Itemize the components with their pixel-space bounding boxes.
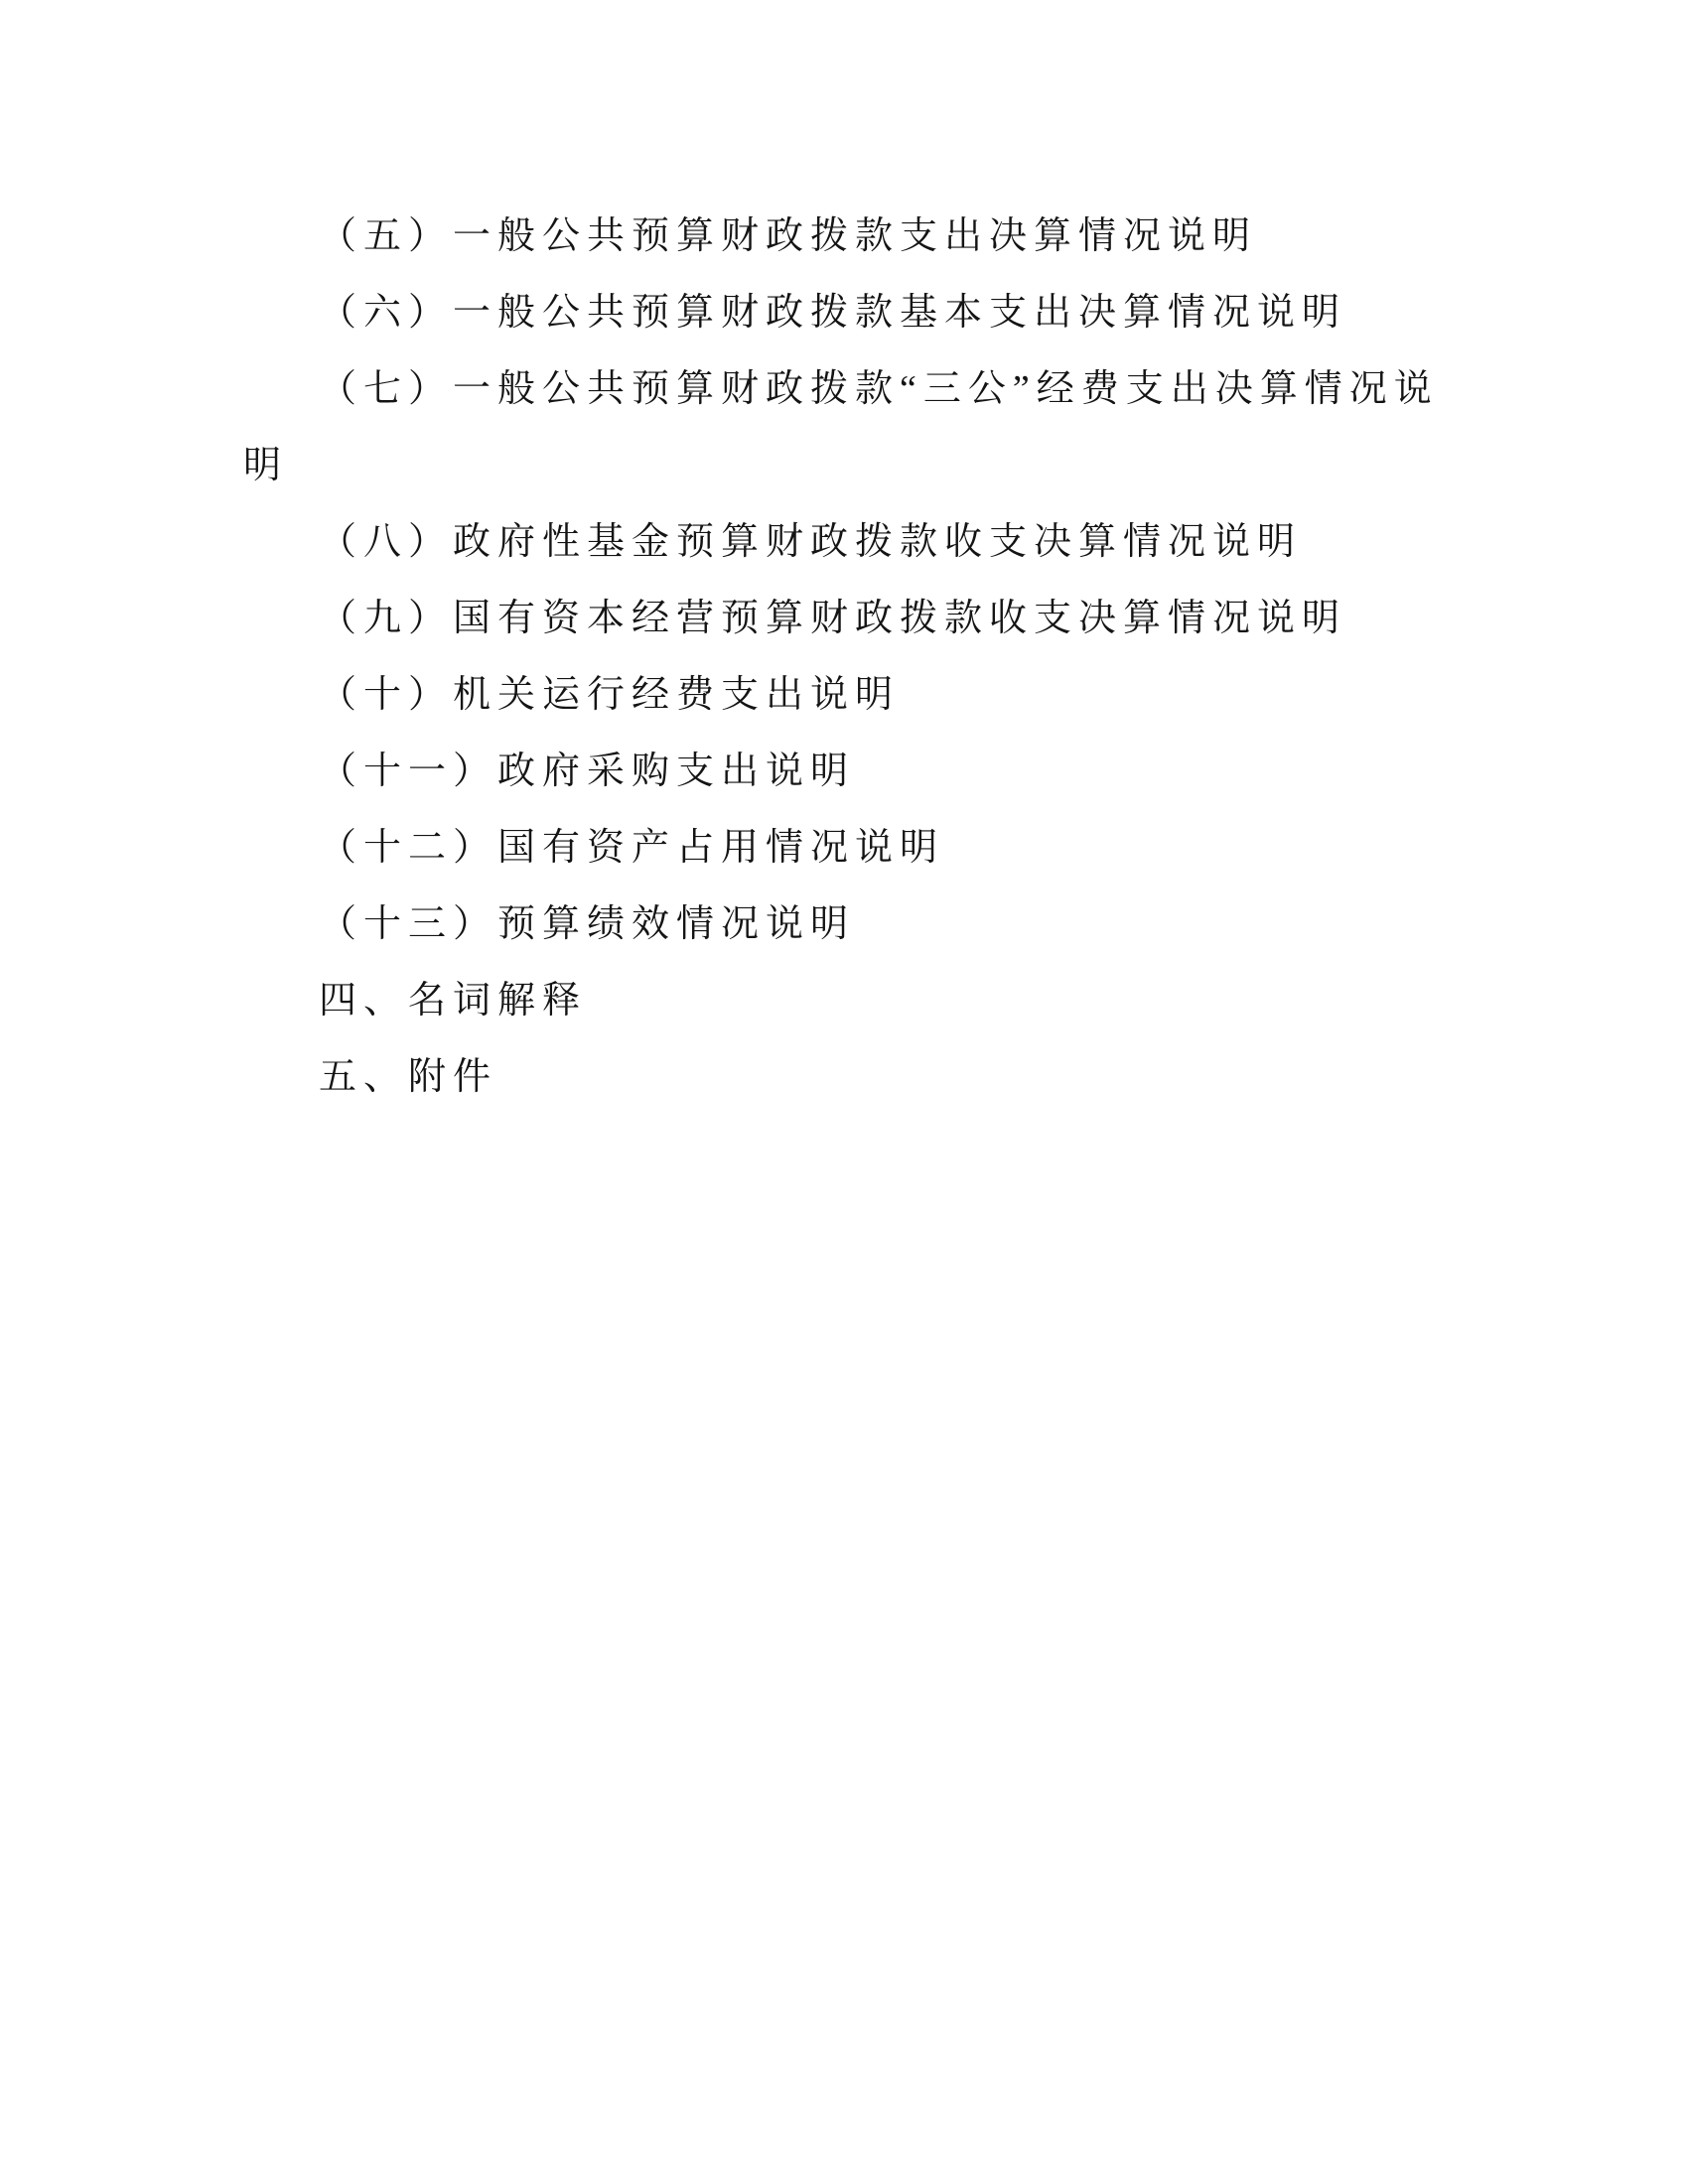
toc-item-12: （十二）国有资产占用情况说明 [243, 810, 1524, 887]
toc-item-7: （七）一般公共预算财政拨款“三公”经费支出决算情况说 [243, 351, 1524, 428]
toc-item-9: （九）国有资本经营预算财政拨款收支决算情况说明 [243, 581, 1524, 657]
toc-body: （五）一般公共预算财政拨款支出决算情况说明 （六）一般公共预算财政拨款基本支出决… [243, 199, 1524, 1116]
toc-item-7-continuation: 明 [243, 428, 1524, 504]
toc-item-8: （八）政府性基金预算财政拨款收支决算情况说明 [243, 504, 1524, 581]
toc-item-6: （六）一般公共预算财政拨款基本支出决算情况说明 [243, 275, 1524, 351]
toc-section-4: 四、名词解释 [243, 963, 1524, 1039]
toc-item-10: （十）机关运行经费支出说明 [243, 657, 1524, 734]
toc-item-5: （五）一般公共预算财政拨款支出决算情况说明 [243, 199, 1524, 275]
toc-section-5: 五、附件 [243, 1039, 1524, 1116]
document-page: （五）一般公共预算财政拨款支出决算情况说明 （六）一般公共预算财政拨款基本支出决… [0, 0, 1688, 2184]
toc-item-13: （十三）预算绩效情况说明 [243, 887, 1524, 963]
toc-item-11: （十一）政府采购支出说明 [243, 734, 1524, 810]
